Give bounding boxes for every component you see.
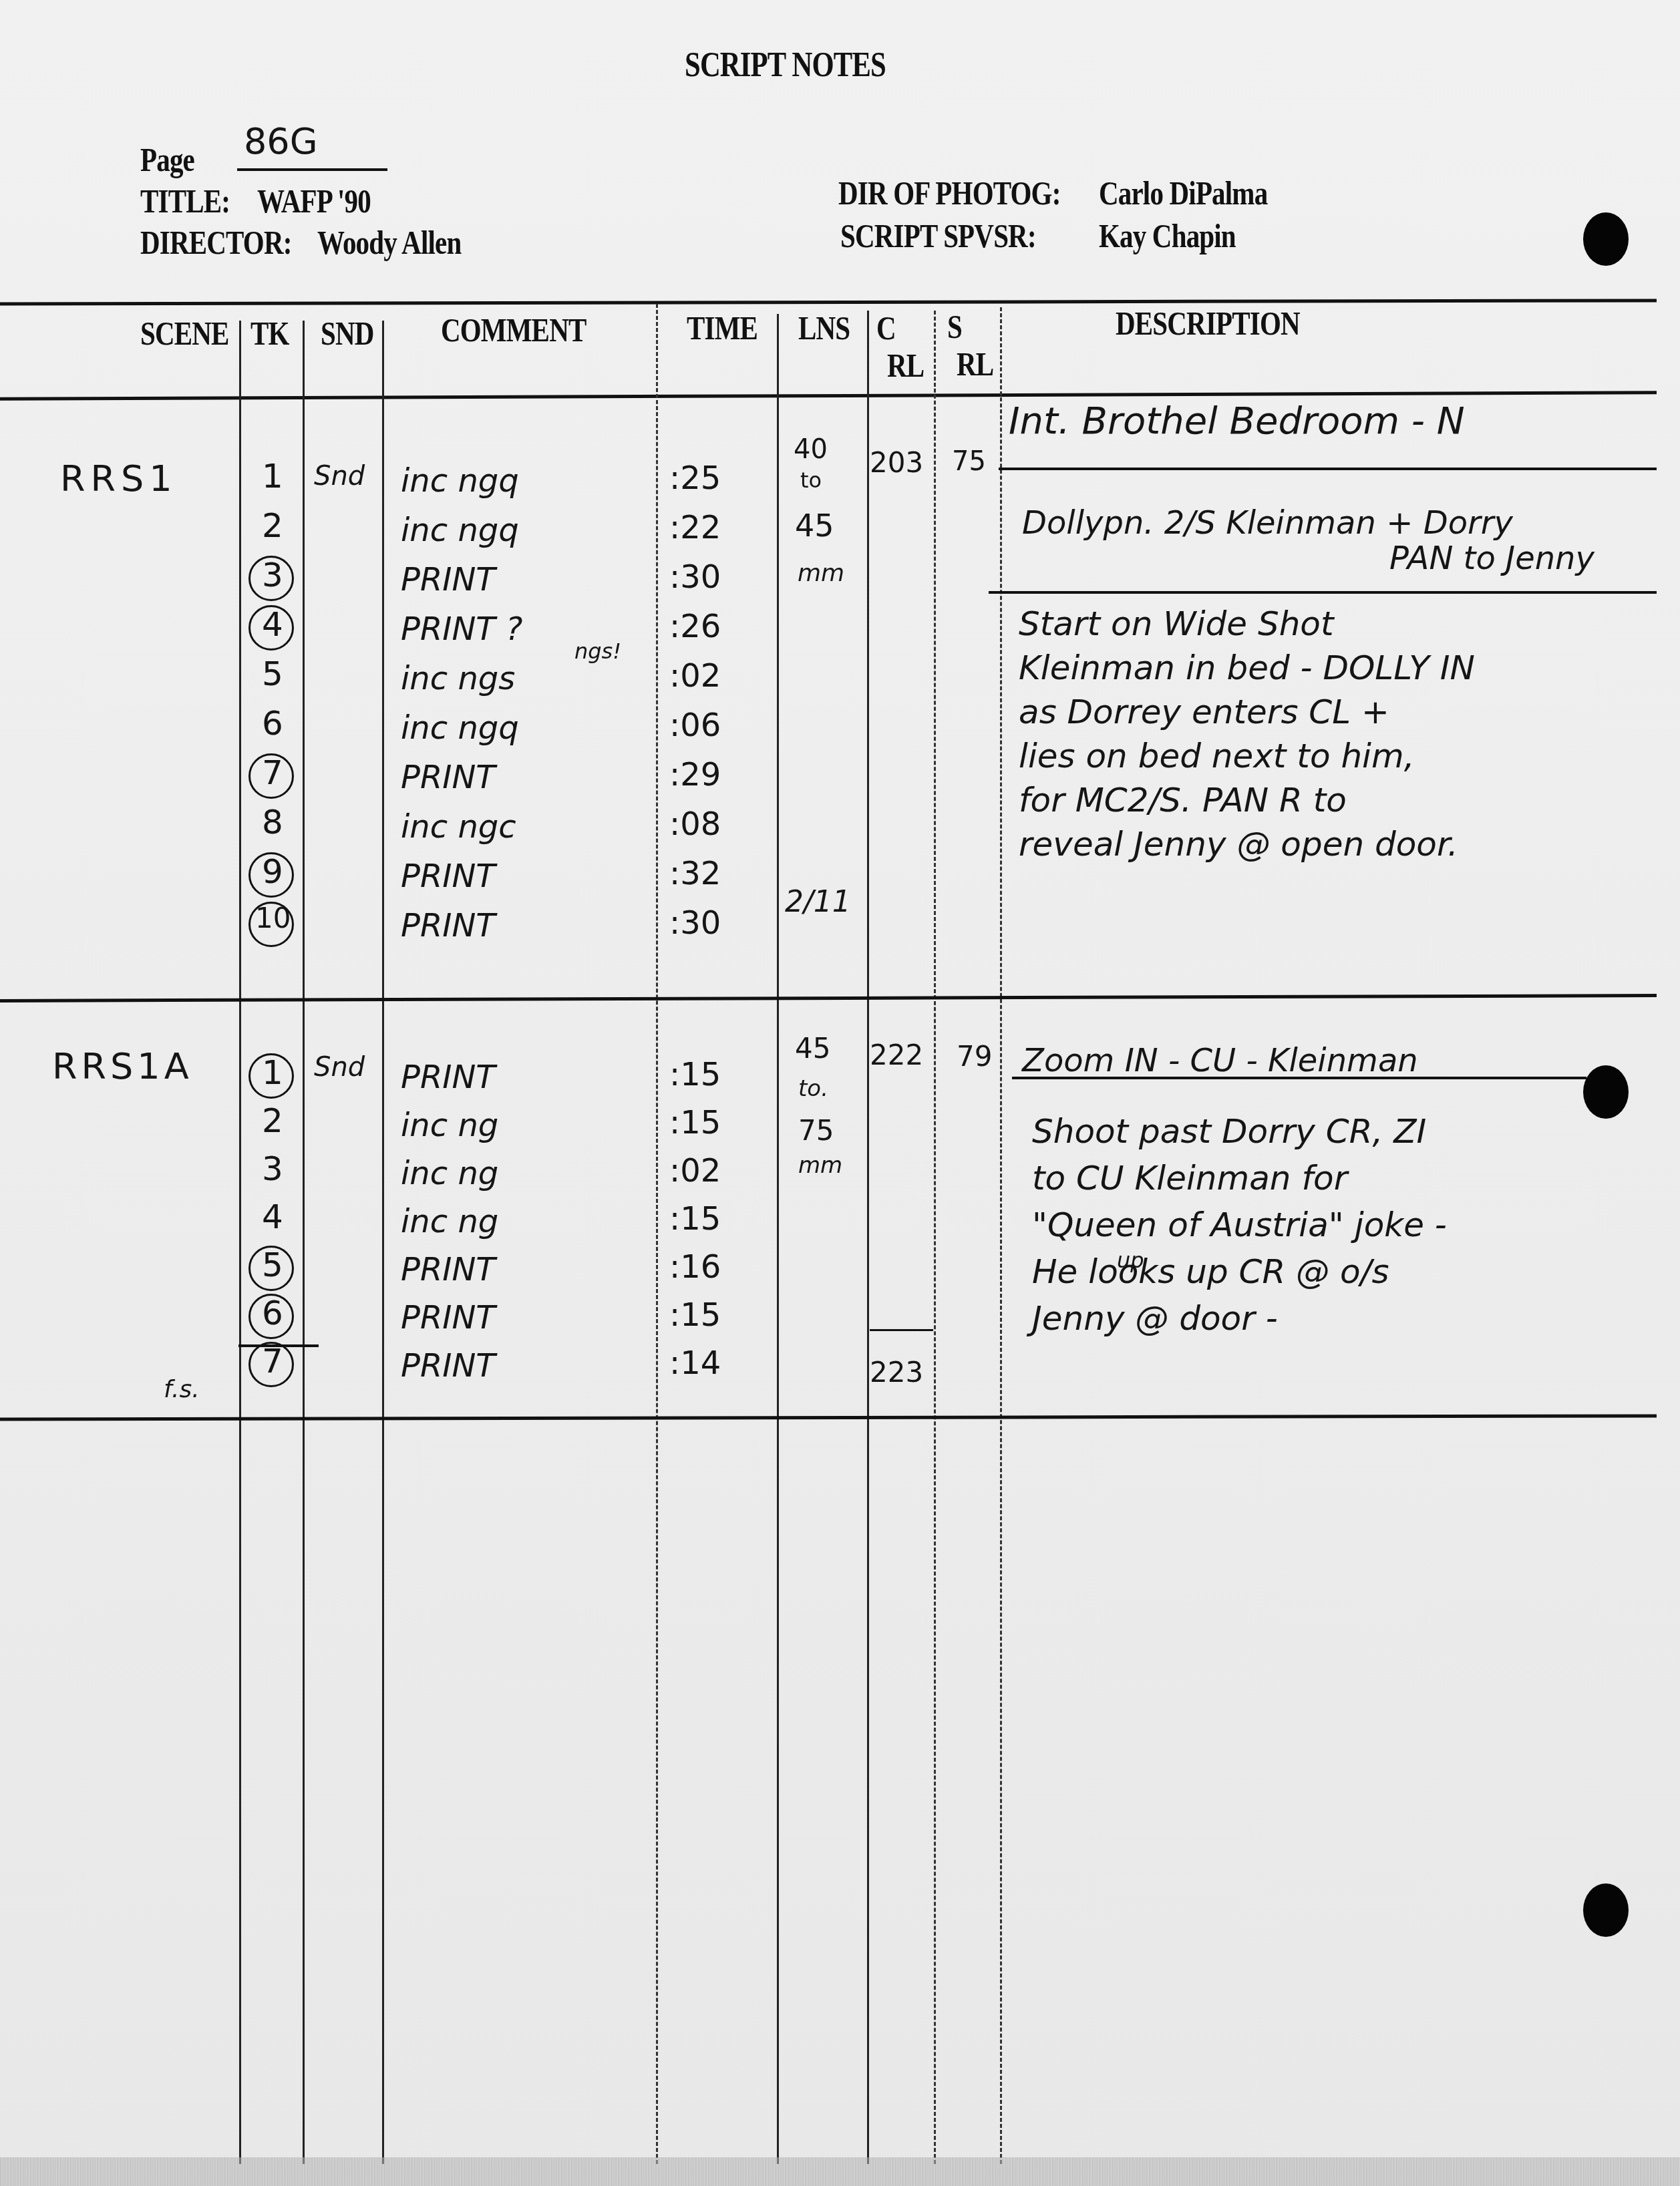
page-number: 86G (244, 120, 318, 162)
print-circle-icon (248, 902, 294, 947)
column-line-c-s (934, 311, 936, 2164)
take-time: :08 (669, 805, 721, 843)
take-comment: PRINT (401, 858, 496, 895)
column-header-c: C (876, 309, 896, 347)
description-line: as Dorrey enters CL + (1019, 693, 1389, 731)
lens-value: mm (798, 560, 844, 587)
director-label: DIRECTOR: (140, 223, 292, 262)
document-heading: SCRIPT NOTES (685, 45, 886, 85)
column-line-scene-tk (239, 321, 241, 2164)
lens-value: to (800, 468, 822, 493)
description-line: lies on bed next to him, (1019, 737, 1415, 775)
lens-value: 45 (795, 508, 834, 544)
supervisor-label: SCRIPT SPVSR: (840, 216, 1036, 255)
description-line: Kleinman in bed - DOLLY IN (1019, 649, 1475, 687)
column-header-scene: SCENE (140, 314, 229, 353)
column-line-lns-c (867, 311, 869, 2164)
column-header-snd: SND (321, 314, 374, 353)
description-heading: Zoom IN - CU - Kleinman (1022, 1042, 1418, 1079)
director-value: Woody Allen (317, 223, 461, 262)
description-line: He looks up CR @ o/s (1032, 1252, 1389, 1291)
take-comment: inc ngs (401, 660, 515, 697)
take-comment: PRINT (401, 759, 496, 796)
take-number: 6 (262, 704, 283, 743)
punch-hole-top (1583, 212, 1629, 266)
camera-roll: 223 (870, 1356, 923, 1389)
lens-value: 45 (795, 1032, 830, 1065)
take-comment-note: ngs! (574, 639, 621, 664)
description-line: Start on Wide Shot (1019, 604, 1334, 643)
column-line-tk-snd (303, 321, 305, 2164)
description-divider (989, 591, 1657, 594)
lens-value: mm (798, 1152, 842, 1179)
take-comment: PRINT (401, 1059, 496, 1096)
column-header-time: TIME (687, 309, 758, 347)
scene-id: RRS1A (52, 1045, 193, 1087)
take-number: 4 (262, 1198, 283, 1236)
take-comment: inc ngq (401, 462, 519, 500)
take-time: :26 (669, 608, 721, 645)
take-comment: inc ng (401, 1203, 498, 1240)
take-time: :30 (669, 558, 721, 596)
title-label: TITLE: (140, 182, 230, 220)
page-label: Page (140, 140, 194, 179)
take-time: :15 (669, 1296, 721, 1334)
print-circle-icon (248, 753, 294, 799)
title-value: WAFP '90 (257, 182, 371, 220)
column-line-comment-time (656, 304, 658, 2164)
print-circle-icon (248, 852, 294, 898)
take-time: :02 (669, 657, 721, 695)
description-line: "Queen of Austria" joke - (1032, 1206, 1447, 1244)
take-comment: inc ngq (401, 512, 519, 549)
take-number: 1 (262, 457, 283, 496)
take-number: 2 (262, 506, 283, 545)
description-line: reveal Jenny @ open door. (1019, 825, 1458, 864)
lens-value: to. (798, 1075, 828, 1102)
description-line: Shoot past Dorry CR, ZI (1032, 1112, 1426, 1151)
camera-roll-break (870, 1329, 933, 1331)
table-top-rule (0, 299, 1657, 305)
take-break (238, 1344, 319, 1347)
take-comment: PRINT (401, 561, 496, 598)
description-setup: PAN to Jenny (1389, 540, 1594, 577)
insert-note: up (1117, 1248, 1144, 1273)
take-time: :32 (669, 855, 721, 892)
sound-note: Snd (314, 461, 365, 492)
take-number: 5 (262, 655, 283, 693)
column-header-c-rl: RL (887, 346, 924, 385)
print-circle-icon (248, 605, 294, 651)
description-divider (1012, 1077, 1586, 1079)
description-line: for MC2/S. PAN R to (1019, 781, 1347, 819)
scan-artifact (0, 2157, 1680, 2186)
sound-roll: 75 (952, 446, 986, 477)
sound-note: Snd (314, 1052, 365, 1083)
script-notes-sheet: SCRIPT NOTES Page 86G TITLE: WAFP '90 DI… (0, 0, 1680, 2186)
description-heading: Int. Brothel Bedroom - N (1009, 399, 1465, 443)
column-line-s-description (1000, 307, 1002, 2164)
description-line: to CU Kleinman for (1032, 1159, 1347, 1198)
take-time: :14 (669, 1344, 721, 1382)
lens-value: 75 (798, 1114, 834, 1147)
supervisor-value: Kay Chapin (1099, 216, 1236, 255)
take-time: :15 (669, 1200, 721, 1238)
take-comment: inc ngq (401, 709, 519, 747)
description-divider (999, 468, 1657, 470)
take-comment: PRINT (401, 907, 496, 944)
print-circle-icon (248, 1246, 294, 1291)
column-header-tk: TK (250, 314, 289, 353)
take-comment: PRINT (401, 1299, 496, 1336)
take-comment: inc ng (401, 1155, 498, 1192)
print-circle-icon (248, 556, 294, 601)
camera-roll: 222 (870, 1039, 923, 1071)
take-number: 3 (262, 1149, 283, 1188)
take-time: :29 (669, 756, 721, 793)
punch-hole-bottom (1583, 1883, 1629, 1937)
take-time: :25 (669, 460, 721, 497)
take-comment: inc ngc (401, 808, 516, 846)
camera-roll: 203 (870, 446, 923, 479)
column-header-s: S (947, 307, 962, 346)
description-setup: Dollypn. 2/S Kleinman + Dorry (1022, 504, 1513, 542)
take-number: 8 (262, 803, 283, 842)
column-line-time-lns (777, 314, 779, 2164)
take-comment: PRINT (401, 1347, 496, 1385)
dop-value: Carlo DiPalma (1099, 174, 1267, 212)
lens-value: 40 (794, 434, 828, 465)
scene-id: RRS1 (60, 458, 178, 500)
print-circle-icon (248, 1342, 294, 1387)
punch-hole-middle (1583, 1065, 1629, 1119)
take-comment: PRINT ? (401, 610, 522, 648)
column-line-snd-comment (382, 321, 384, 2164)
take-comment: inc ng (401, 1107, 498, 1144)
take-time: :15 (669, 1056, 721, 1093)
take-time: :02 (669, 1152, 721, 1190)
dop-label: DIR OF PHOTOG: (838, 174, 1060, 212)
final-shot-note: f.s. (164, 1376, 200, 1403)
take-number: 2 (262, 1101, 283, 1140)
take-time: :06 (669, 707, 721, 744)
description-line: Jenny @ door - (1032, 1299, 1278, 1338)
print-circle-icon (248, 1294, 294, 1339)
column-header-lns: LNS (798, 309, 850, 347)
lens-note: 2/11 (785, 885, 851, 919)
page-underline (237, 168, 387, 171)
take-time: :22 (669, 509, 721, 546)
print-circle-icon (248, 1053, 294, 1099)
column-header-description: DESCRIPTION (1116, 304, 1300, 343)
take-time: :15 (669, 1104, 721, 1141)
scene-divider (0, 994, 1657, 1003)
take-comment: PRINT (401, 1251, 496, 1288)
take-time: :16 (669, 1248, 721, 1286)
column-header-s-rl: RL (957, 345, 993, 383)
sound-roll: 79 (957, 1040, 992, 1073)
column-header-comment: COMMENT (441, 311, 586, 349)
table-bottom-rule (0, 1414, 1657, 1421)
take-time: :30 (669, 904, 721, 942)
